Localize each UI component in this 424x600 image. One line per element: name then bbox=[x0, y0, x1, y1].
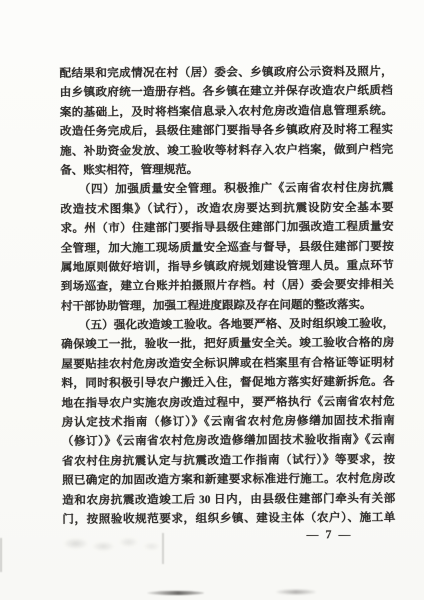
ink-bleed-stain bbox=[55, 531, 170, 559]
text-line: 备、账实相符，管理规范。 bbox=[60, 160, 393, 181]
text-line: （四）加强质量安全管理。积极推广《云南省农村住房抗震 bbox=[60, 179, 393, 200]
text-line: 属地原则做好培训，指导乡镇政府规划建设管理人员。重点环节 bbox=[61, 257, 394, 278]
scan-shadow-dark bbox=[147, 591, 204, 595]
text-line: 全管理，加大施工现场质量安全巡查与督导，县级住建部门要按 bbox=[61, 237, 394, 258]
text-line: 房认定技术指南（修订）》《云南省农村危房修缮加固技术指南 bbox=[62, 412, 395, 433]
text-line: 料，同时积极引导农户搬迁入住，督促地方落实好建新拆危。各 bbox=[61, 373, 394, 394]
text-line: 地在指导农户实施农房改造过程中，要严格执行《云南省农村危 bbox=[62, 393, 395, 414]
text-line: （五）强化改造竣工验收。各地要严格、及时组织竣工验收， bbox=[61, 315, 394, 336]
text-line: 村干部协助管理，加强工程进度跟踪及存在问题的整改落实。 bbox=[61, 296, 394, 317]
text-line: 由乡镇政府统一造册存档。各乡镇在建立并保存改造农户纸质档 bbox=[60, 82, 393, 103]
text-line: 改造任务完成后，县级住建部门要指导各乡镇政府及时将工程实 bbox=[60, 121, 393, 142]
scan-shadow-light bbox=[276, 590, 316, 594]
ink-bleed-line bbox=[162, 533, 164, 564]
text-line: 造和农房抗震改造竣工后 30 日内，由县级住建部门牵头有关部 bbox=[62, 489, 395, 510]
text-line: 屋要贴挂农村危房改造安全标识牌或在档案里有合格证等证明材 bbox=[61, 354, 394, 375]
text-line: 省农村住房抗震认定与抗震改造工作指南（试行）》等要求，按 bbox=[62, 451, 395, 472]
text-line: 照已确定的加固改造方案和新建要求标准进行施工。农村危房改 bbox=[62, 470, 395, 491]
page-number: — 7 — bbox=[306, 527, 406, 543]
text-line: 施、补助资金发放、竣工验收等材料存入农户档案，做到户档完 bbox=[60, 140, 393, 161]
page-content: 配结果和完成情况在村（居）委会、乡镇政府公示资料及照片，由乡镇政府统一造册存档。… bbox=[0, 0, 424, 600]
text-line: 到场巡查，建立台账并拍摄照片存档。村（居）委会要安排相关 bbox=[61, 276, 394, 297]
scanned-document-page: 配结果和完成情况在村（居）委会、乡镇政府公示资料及照片，由乡镇政府统一造册存档。… bbox=[0, 0, 424, 600]
text-line: （修订）》《云南省农村危房改造修缮加固技术验收指南》《云南 bbox=[62, 431, 395, 452]
text-line: 确保竣工一批，验收一批，把好质量安全关。竣工验收合格的房 bbox=[61, 334, 394, 355]
text-line: 改造技术图集》（试行），改造农房要达到抗震设防安全基本要 bbox=[60, 199, 393, 220]
text-line: 案的基础上，及时将档案信息录入农村危房改造信息管理系统。 bbox=[60, 102, 393, 123]
text-line: 求。州（市）住建部门要指导县级住建部门加强改造工程质量安 bbox=[61, 218, 394, 239]
body-text: 配结果和完成情况在村（居）委会、乡镇政府公示资料及照片，由乡镇政府统一造册存档。… bbox=[60, 63, 396, 530]
scan-edge-mark bbox=[0, 538, 2, 572]
text-line: 配结果和完成情况在村（居）委会、乡镇政府公示资料及照片， bbox=[60, 63, 393, 84]
